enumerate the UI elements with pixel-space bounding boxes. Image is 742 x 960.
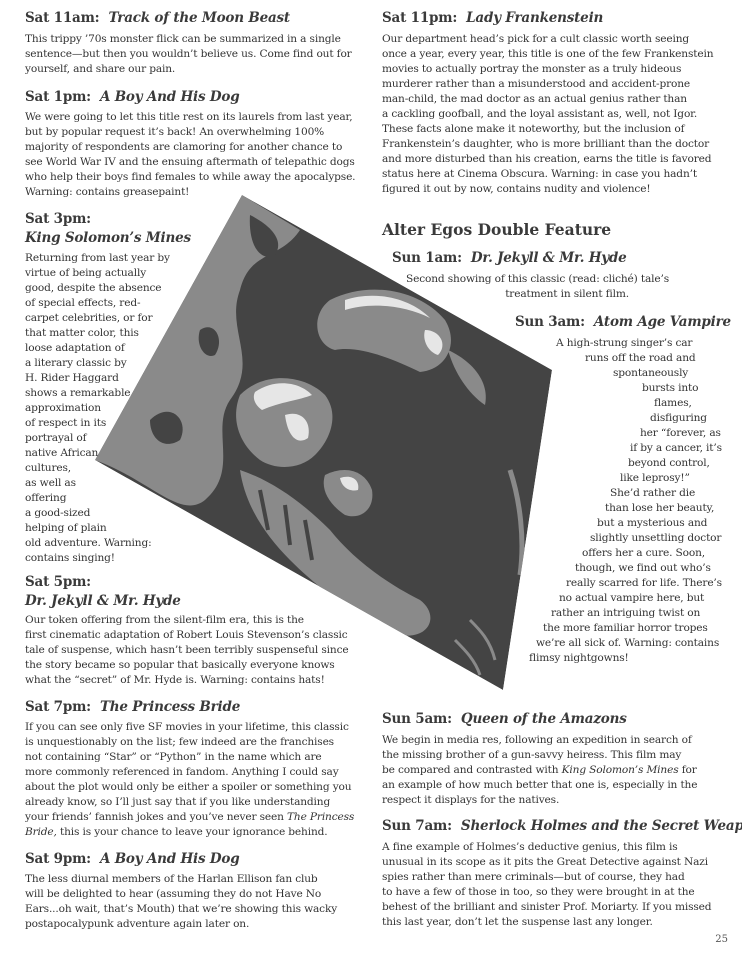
text-line: beyond control, bbox=[0, 456, 742, 471]
listing-heading: Sat 1pm: A Boy And His Dog bbox=[25, 89, 239, 105]
listing-heading: Sun 7am: Sherlock Holmes and the Secret … bbox=[382, 818, 742, 834]
text-line: man-child, the mad doctor as an actual g… bbox=[382, 92, 713, 107]
text-run: for bbox=[679, 764, 697, 776]
showtime: Sun 7am: bbox=[382, 818, 452, 834]
text-line: These facts alone make it noteworthy, bu… bbox=[382, 122, 713, 137]
text-line: really scarred for life. There’s bbox=[0, 576, 742, 591]
film-reference: The Princess bbox=[287, 811, 354, 823]
text-line: though, we find out who’s bbox=[0, 561, 742, 576]
text-line: behest of the brilliant and sinister Pro… bbox=[382, 900, 711, 915]
film-title: Sherlock Holmes and the Secret Weapon bbox=[461, 818, 742, 834]
text-line: spontaneously bbox=[0, 366, 742, 381]
text-line: Bride, this is your chance to leave your… bbox=[25, 825, 354, 840]
text-line: of special effects, red- bbox=[25, 296, 170, 311]
page-number: 25 bbox=[715, 934, 728, 945]
showtime: Sat 11am: bbox=[25, 10, 99, 26]
text-line: no actual vampire here, but bbox=[0, 591, 742, 606]
listing-description: A high-strung singer’s car runs off the … bbox=[0, 336, 742, 666]
text-line: movies to actually portray the monster a… bbox=[382, 62, 713, 77]
film-title: The Princess Bride bbox=[100, 699, 240, 715]
text-line: murderer rather than a misunderstood and… bbox=[382, 77, 713, 92]
showtime: Sat 3pm: bbox=[25, 211, 191, 227]
film-title: Queen of the Amazons bbox=[461, 711, 627, 727]
text-line: disfiguring bbox=[0, 411, 742, 426]
text-line: If you can see only five SF movies in yo… bbox=[25, 720, 354, 735]
text-line: respect it displays for the natives. bbox=[382, 793, 697, 808]
text-run: this is your chance to leave your ignora… bbox=[57, 826, 328, 838]
listing-description: We begin in media res, following an expe… bbox=[382, 733, 697, 808]
listing-description: If you can see only five SF movies in yo… bbox=[25, 720, 354, 840]
text-line: carpet celebrities, or for bbox=[25, 311, 170, 326]
text-line: is unquestionably on the list; few indee… bbox=[25, 735, 354, 750]
listing-heading: Sun 1am: Dr. Jekyll & Mr. Hyde bbox=[392, 250, 627, 266]
film-title: Dr. Jekyll & Mr. Hyde bbox=[471, 250, 627, 266]
text-line: virtue of being actually bbox=[25, 266, 170, 281]
text-line: this last year, don’t let the suspense l… bbox=[382, 915, 711, 930]
listing-description: A fine example of Holmes’s deductive gen… bbox=[382, 840, 711, 930]
film-title: A Boy And His Dog bbox=[100, 851, 240, 867]
text-run: be compared and contrasted with bbox=[382, 764, 562, 776]
text-line: about the plot would only be either a sp… bbox=[25, 780, 354, 795]
text-line: Frankenstein’s daughter, who is more bri… bbox=[382, 137, 713, 152]
showtime: Sun 1am: bbox=[392, 250, 462, 266]
text-line: rather an intriguing twist on bbox=[0, 606, 742, 621]
text-line: good, despite the absence bbox=[25, 281, 170, 296]
text-line: a cackling goofball, and the loyal assis… bbox=[382, 107, 713, 122]
text-line: yourself, and share our pain. bbox=[25, 62, 352, 77]
text-line: figured it out by now, contains nudity a… bbox=[382, 182, 713, 197]
listing-description: The less diurnal members of the Harlan E… bbox=[25, 872, 337, 932]
listing-heading: Sun 3am: Atom Age Vampire bbox=[515, 314, 731, 330]
film-title: King Solomon’s Mines bbox=[25, 230, 191, 246]
film-title: Atom Age Vampire bbox=[594, 314, 731, 330]
film-title: Track of the Moon Beast bbox=[108, 10, 290, 26]
text-line: her “forever, as bbox=[0, 426, 742, 441]
section-title: Alter Egos Double Feature bbox=[382, 220, 611, 239]
showtime: Sun 3am: bbox=[515, 314, 585, 330]
text-line: not containing “Star” or “Python” in the… bbox=[25, 750, 354, 765]
text-line: the more familiar horror tropes bbox=[0, 621, 742, 636]
film-reference: Bride, bbox=[25, 826, 57, 838]
text-line: what the “secret” of Mr. Hyde is. Warnin… bbox=[25, 673, 348, 688]
text-line: A fine example of Holmes’s deductive gen… bbox=[382, 840, 711, 855]
text-line: Ears...oh wait, that’s Mouth) that we’re… bbox=[25, 902, 337, 917]
text-line: your friends’ fannish jokes and you’ve n… bbox=[25, 810, 354, 825]
text-line: will be delighted to hear (assuming they… bbox=[25, 887, 337, 902]
listing-heading: Sat 11pm: Lady Frankenstein bbox=[382, 10, 603, 26]
text-line: sentence—but then you wouldn’t believe u… bbox=[25, 47, 352, 62]
listing-heading: Sun 5am: Queen of the Amazons bbox=[382, 711, 627, 727]
text-line: flimsy nightgowns! bbox=[0, 651, 742, 666]
film-title: Lady Frankenstein bbox=[466, 10, 603, 26]
film-reference: King Solomon’s Mines bbox=[562, 764, 679, 776]
newsletter-page: Sat 11am: Track of the Moon Beast This t… bbox=[0, 0, 742, 960]
text-line: The less diurnal members of the Harlan E… bbox=[25, 872, 337, 887]
text-run: your friends’ fannish jokes and you’ve n… bbox=[25, 811, 287, 823]
text-line: Warning: contains greasepaint! bbox=[25, 185, 355, 200]
text-line: and more disturbed than his creation, ea… bbox=[382, 152, 713, 167]
text-line: runs off the road and bbox=[0, 351, 742, 366]
text-line: but by popular request it’s back! An ove… bbox=[25, 125, 355, 140]
showtime: Sat 7pm: bbox=[25, 699, 91, 715]
text-line: postapocalypunk adventure again later on… bbox=[25, 917, 337, 932]
text-line: but a mysterious and bbox=[0, 516, 742, 531]
text-line: She’d rather die bbox=[0, 486, 742, 501]
text-line: we’re all sick of. Warning: contains bbox=[0, 636, 742, 651]
text-line: who help their boys find females to whil… bbox=[25, 170, 355, 185]
listing-description: This trippy ’70s monster flick can be su… bbox=[25, 32, 352, 77]
listing-heading: Sat 11am: Track of the Moon Beast bbox=[25, 10, 290, 26]
text-line: A high-strung singer’s car bbox=[0, 336, 742, 351]
text-line: like leprosy!” bbox=[0, 471, 742, 486]
text-line: an example of how much better that one i… bbox=[382, 778, 697, 793]
showtime: Sat 9pm: bbox=[25, 851, 91, 867]
text-line: treatment in silent film. bbox=[406, 287, 669, 302]
text-line: be compared and contrasted with King Sol… bbox=[382, 763, 697, 778]
text-line: This trippy ’70s monster flick can be su… bbox=[25, 32, 352, 47]
text-line: more commonly referenced in fandom. Anyt… bbox=[25, 765, 354, 780]
showtime: Sun 5am: bbox=[382, 711, 452, 727]
text-line: We were going to let this title rest on … bbox=[25, 110, 355, 125]
text-line: than lose her beauty, bbox=[0, 501, 742, 516]
listing-description: We were going to let this title rest on … bbox=[25, 110, 355, 200]
text-line: unusual in its scope as it pits the Grea… bbox=[382, 855, 711, 870]
showtime: Sat 1pm: bbox=[25, 89, 91, 105]
text-line: spies rather than mere criminals—but of … bbox=[382, 870, 711, 885]
text-line: We begin in media res, following an expe… bbox=[382, 733, 697, 748]
text-line: status here at Cinema Obscura. Warning: … bbox=[382, 167, 713, 182]
listing-description: Our department head’s pick for a cult cl… bbox=[382, 32, 713, 197]
film-title: A Boy And His Dog bbox=[100, 89, 240, 105]
showtime: Sat 11pm: bbox=[382, 10, 457, 26]
text-line: if by a cancer, it’s bbox=[0, 441, 742, 456]
text-line: Our department head’s pick for a cult cl… bbox=[382, 32, 713, 47]
text-line: Returning from last year by bbox=[25, 251, 170, 266]
listing-description: Second showing of this classic (read: cl… bbox=[406, 272, 669, 302]
text-line: already know, so I’ll just say that if y… bbox=[25, 795, 354, 810]
listing-heading: Sat 3pm: King Solomon’s Mines bbox=[25, 211, 191, 246]
text-line: bursts into bbox=[0, 381, 742, 396]
text-line: see World War IV and the ensuing afterma… bbox=[25, 155, 355, 170]
text-line: to have a few of those in too, so they w… bbox=[382, 885, 711, 900]
listing-heading: Sat 9pm: A Boy And His Dog bbox=[25, 851, 239, 867]
text-line: majority of respondents are clamoring fo… bbox=[25, 140, 355, 155]
text-line: offers her a cure. Soon, bbox=[0, 546, 742, 561]
text-line: once a year, every year, this title is o… bbox=[382, 47, 713, 62]
text-line: slightly unsettling doctor bbox=[0, 531, 742, 546]
text-line: flames, bbox=[0, 396, 742, 411]
listing-heading: Sat 7pm: The Princess Bride bbox=[25, 699, 240, 715]
text-line: the missing brother of a gun-savvy heire… bbox=[382, 748, 697, 763]
text-line: Second showing of this classic (read: cl… bbox=[406, 272, 669, 287]
